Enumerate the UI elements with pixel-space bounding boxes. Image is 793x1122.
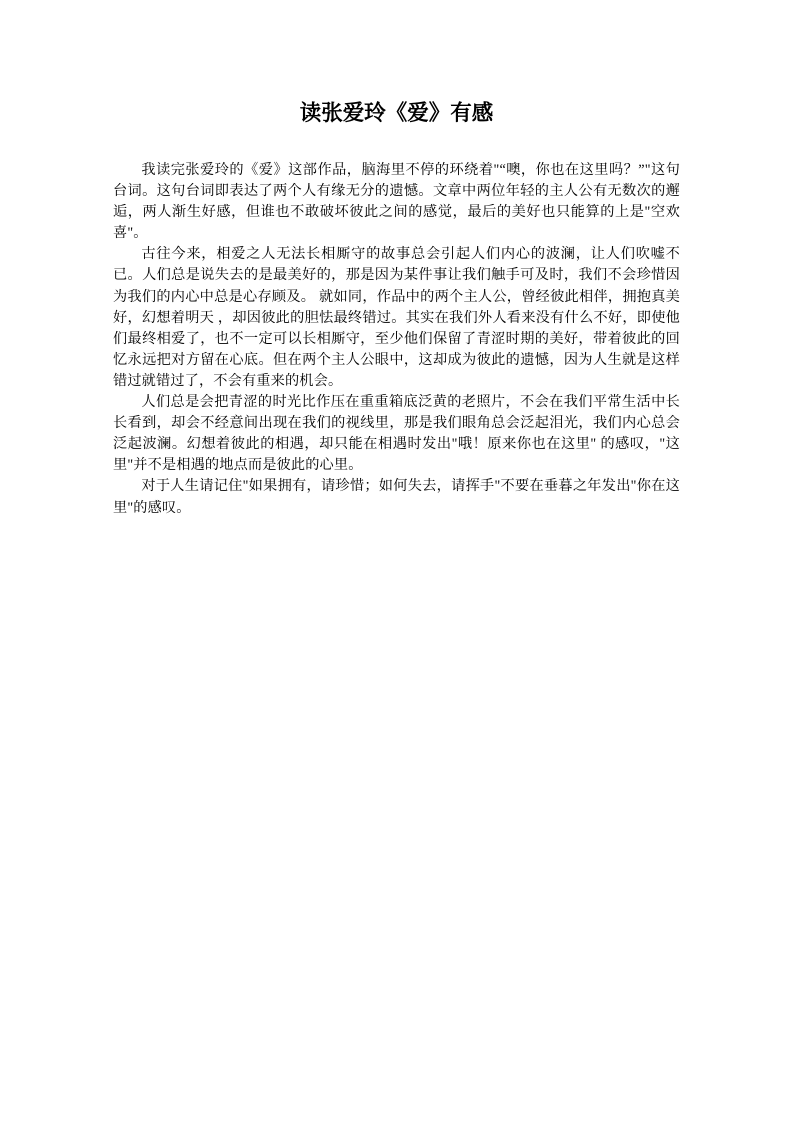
paragraph-1: 我读完张爱玲的《爱》这部作品，脑海里不停的环绕着"“噢，你也在这里吗？”"这句台… [113, 160, 680, 244]
document-page: 读张爱玲《爱》有感 我读完张爱玲的《爱》这部作品，脑海里不停的环绕着"“噢，你也… [0, 0, 793, 1122]
paragraph-4: 对于人生请记住"如果拥有，请珍惜；如何失去，请挥手"不要在垂暮之年发出"你在这里… [113, 476, 680, 518]
paragraph-2: 古往今来，相爱之人无法长相厮守的故事总会引起人们内心的波澜，让人们吹嘘不已。人们… [113, 244, 680, 392]
paragraph-3: 人们总是会把青涩的时光比作压在重重箱底泛黄的老照片，不会在我们平常生活中长长看到… [113, 392, 680, 476]
document-title: 读张爱玲《爱》有感 [113, 99, 680, 127]
